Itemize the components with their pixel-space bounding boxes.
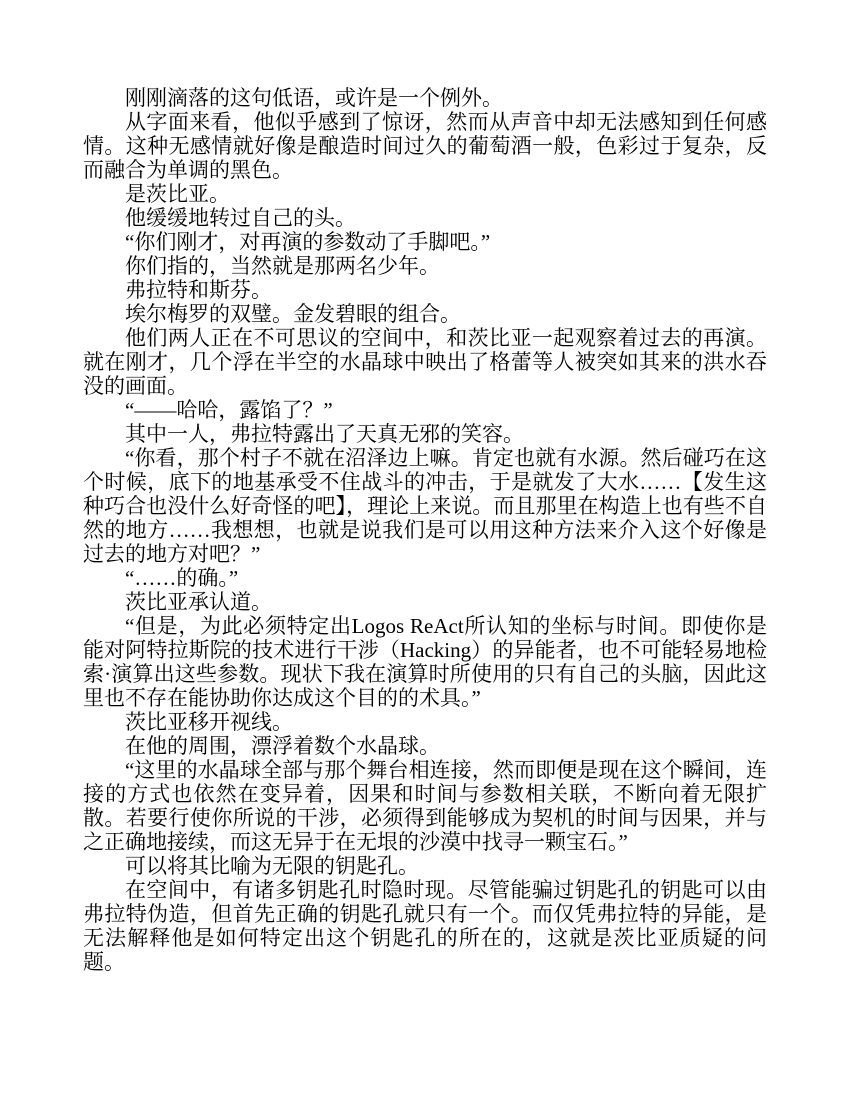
- paragraph: 可以将其比喻为无限的钥匙孔。: [83, 854, 767, 878]
- paragraph: 你们指的，当然就是那两名少年。: [83, 254, 767, 278]
- paragraph: 在他的周围，漂浮着数个水晶球。: [83, 734, 767, 758]
- paragraph: “……的确。”: [83, 566, 767, 590]
- paragraph: 是茨比亚。: [83, 182, 767, 206]
- paragraph: 茨比亚移开视线。: [83, 710, 767, 734]
- paragraph: 从字面来看，他似乎感到了惊讶，然而从声音中却无法感知到任何感情。这种无感情就好像…: [83, 110, 767, 182]
- paragraph: 埃尔梅罗的双璧。金发碧眼的组合。: [83, 302, 767, 326]
- paragraph: “——哈哈，露馅了？”: [83, 398, 767, 422]
- text-column: 刚刚滴落的这句低语，或许是一个例外。从字面来看，他似乎感到了惊讶，然而从声音中却…: [83, 86, 767, 974]
- paragraph: “你看，那个村子不就在沼泽边上嘛。肯定也就有水源。然后碰巧在这个时候，底下的地基…: [83, 446, 767, 566]
- paragraph: 在空间中，有诸多钥匙孔时隐时现。尽管能骗过钥匙孔的钥匙可以由弗拉特伪造，但首先正…: [83, 878, 767, 974]
- paragraph: “但是，为此必须特定出Logos ReAct所认知的坐标与时间。即使你是能对阿特…: [83, 614, 767, 710]
- paragraph: 刚刚滴落的这句低语，或许是一个例外。: [83, 86, 767, 110]
- paragraph: “你们刚才，对再演的参数动了手脚吧。”: [83, 230, 767, 254]
- paragraph: 茨比亚承认道。: [83, 590, 767, 614]
- paragraph: 弗拉特和斯芬。: [83, 278, 767, 302]
- paragraph: 他们两人正在不可思议的空间中，和茨比亚一起观察着过去的再演。就在刚才，几个浮在半…: [83, 326, 767, 398]
- paragraph: 其中一人，弗拉特露出了天真无邪的笑容。: [83, 422, 767, 446]
- paragraph: 他缓缓地转过自己的头。: [83, 206, 767, 230]
- paragraph: “这里的水晶球全部与那个舞台相连接，然而即便是现在这个瞬间，连接的方式也依然在变…: [83, 758, 767, 854]
- document-page: 刚刚滴落的这句低语，或许是一个例外。从字面来看，他似乎感到了惊讶，然而从声音中却…: [0, 0, 850, 1100]
